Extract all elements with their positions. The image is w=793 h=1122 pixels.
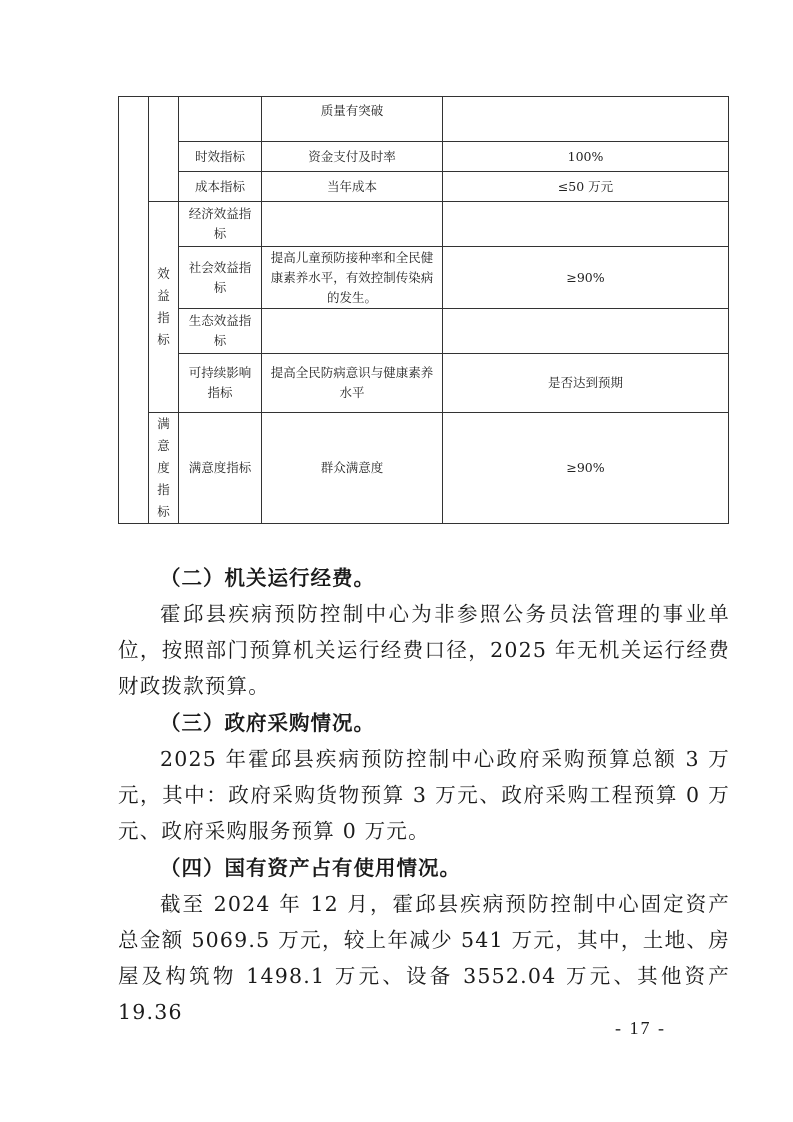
table-value-cell: ≥90% — [443, 247, 729, 309]
table-value-cell: ≤50 万元 — [443, 172, 729, 202]
table-value-cell — [443, 202, 729, 247]
table-value-cell: ≥90% — [443, 413, 729, 524]
table-indicator-cell: 生态效益指标 — [179, 309, 262, 354]
table-row: 满 意 度 指 标 满意度指标 群众满意度 ≥90% — [119, 413, 729, 524]
group-label-satisfaction: 满 意 度 指 标 — [149, 413, 179, 524]
table-indicator-cell: 经济效益指标 — [179, 202, 262, 247]
table-content-cell: 资金支付及时率 — [262, 142, 443, 172]
section-body-state-assets: 截至 2024 年 12 月，霍邱县疾病预防控制中心固定资产总金额 5069.5… — [118, 886, 730, 1030]
table-level2-cell — [149, 97, 179, 202]
section-body-operating-costs: 霍邱县疾病预防控制中心为非参照公务员法管理的事业单位，按照部门预算机关运行经费口… — [118, 596, 730, 704]
table-row: 效 益 指 标 经济效益指标 — [119, 202, 729, 247]
table-row: 生态效益指标 — [119, 309, 729, 354]
performance-indicator-table: 质量有突破 时效指标 资金支付及时率 100% 成本指标 当年成本 ≤50 万元… — [118, 96, 729, 524]
table-row: 可持续影响指标 提高全民防病意识与健康素养水平 是否达到预期 — [119, 354, 729, 413]
table-content-cell: 提高儿童预防接种率和全民健康素养水平，有效控制传染病的发生。 — [262, 247, 443, 309]
table-value-cell — [443, 97, 729, 142]
table-content-cell: 质量有突破 — [262, 97, 443, 142]
section-heading-state-assets: （四）国有资产占有使用情况。 — [160, 850, 461, 886]
table-indicator-cell — [179, 97, 262, 142]
table-indicator-cell: 社会效益指标 — [179, 247, 262, 309]
table-value-cell: 是否达到预期 — [443, 354, 729, 413]
table-indicator-cell: 满意度指标 — [179, 413, 262, 524]
section-heading-operating-costs: （二）机关运行经费。 — [160, 560, 375, 596]
table-level1-cell — [119, 97, 149, 524]
table-content-cell: 群众满意度 — [262, 413, 443, 524]
group-label-benefit: 效 益 指 标 — [149, 202, 179, 413]
table-row: 时效指标 资金支付及时率 100% — [119, 142, 729, 172]
table-value-cell: 100% — [443, 142, 729, 172]
table-content-cell — [262, 202, 443, 247]
table-value-cell — [443, 309, 729, 354]
table-indicator-cell: 可持续影响指标 — [179, 354, 262, 413]
table-row: 成本指标 当年成本 ≤50 万元 — [119, 172, 729, 202]
section-body-procurement: 2025 年霍邱县疾病预防控制中心政府采购预算总额 3 万元，其中：政府采购货物… — [118, 741, 730, 849]
table-row: 社会效益指标 提高儿童预防接种率和全民健康素养水平，有效控制传染病的发生。 ≥9… — [119, 247, 729, 309]
table-indicator-cell: 时效指标 — [179, 142, 262, 172]
page-number: - 17 - — [615, 1018, 666, 1039]
table-content-cell — [262, 309, 443, 354]
table-content-cell: 提高全民防病意识与健康素养水平 — [262, 354, 443, 413]
section-heading-procurement: （三）政府采购情况。 — [160, 705, 375, 741]
table-row: 质量有突破 — [119, 97, 729, 142]
table-indicator-cell: 成本指标 — [179, 172, 262, 202]
table-content-cell: 当年成本 — [262, 172, 443, 202]
